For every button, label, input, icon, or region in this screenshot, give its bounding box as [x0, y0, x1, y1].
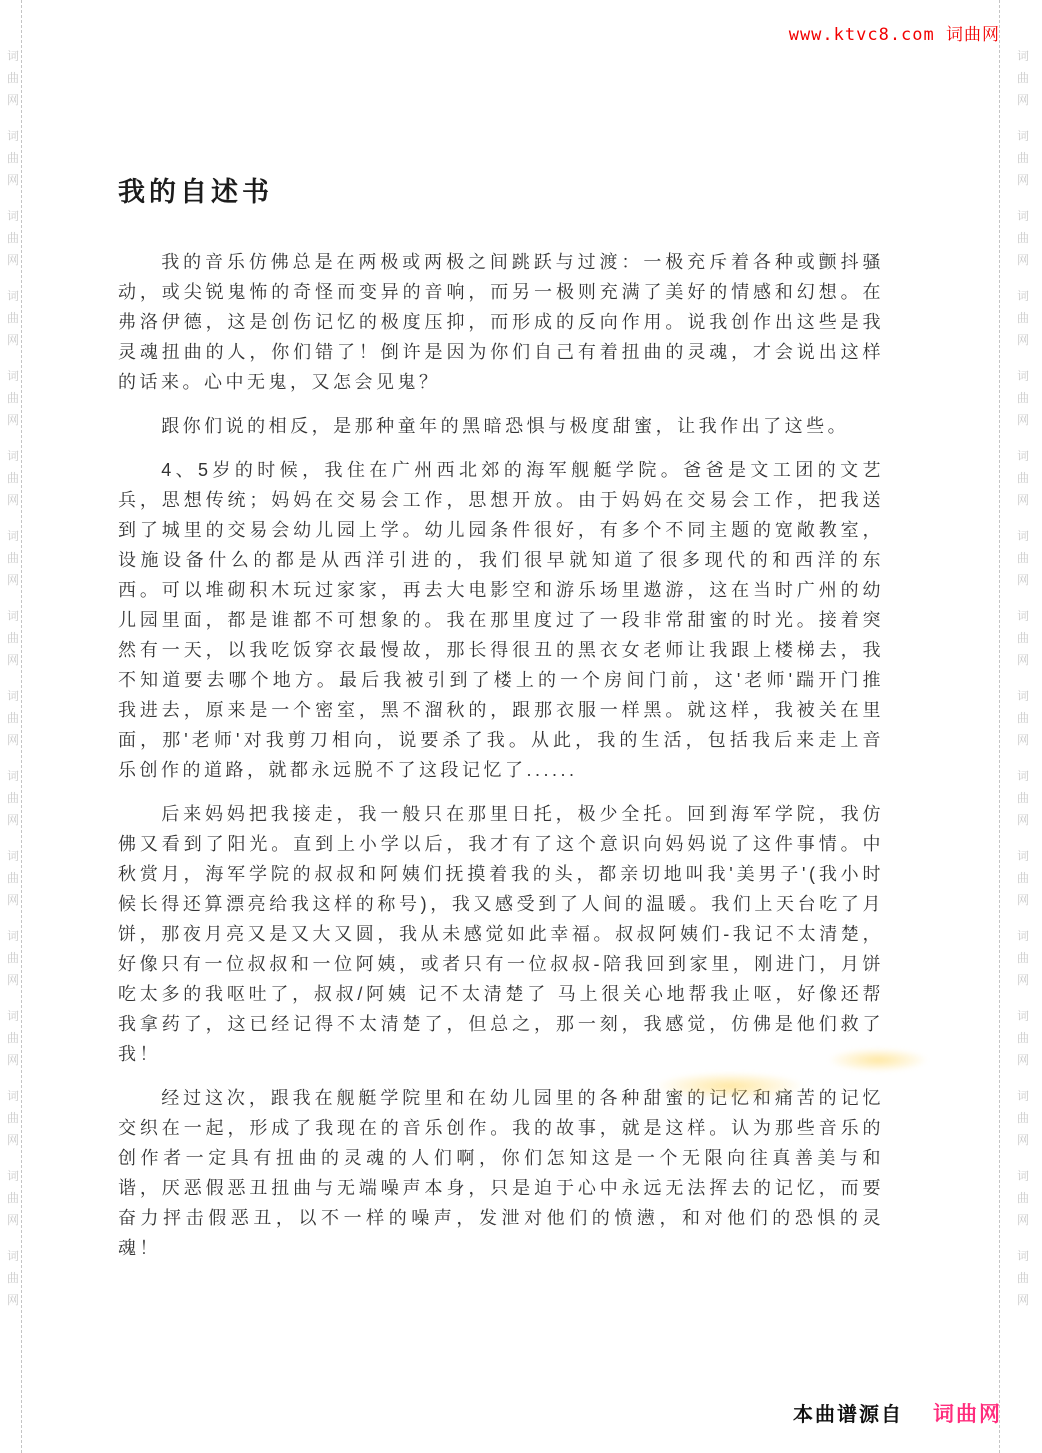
side-watermark-group: 词曲网	[4, 210, 22, 266]
paragraph: 后来妈妈把我接走，我一般只在那里日托，极少全托。回到海军学院，我仿佛又看到了阳光…	[118, 799, 884, 1069]
side-watermark-group: 词曲网	[4, 130, 22, 186]
side-watermark-group: 词曲网	[1014, 50, 1032, 106]
right-side-watermark-column: 词曲网词曲网词曲网词曲网词曲网词曲网词曲网词曲网词曲网词曲网词曲网词曲网词曲网词…	[1014, 50, 1032, 1453]
side-watermark-group: 词曲网	[4, 1090, 22, 1146]
paragraph: 经过这次，跟我在舰艇学院里和在幼儿园里的各种甜蜜的记忆和痛苦的记忆交织在一起，形…	[118, 1083, 884, 1263]
side-watermark-group: 词曲网	[1014, 370, 1032, 426]
side-watermark-group: 词曲网	[4, 850, 22, 906]
footer-source-line: 本曲谱源自 词曲网	[793, 1398, 1002, 1428]
side-watermark-group: 词曲网	[1014, 1010, 1032, 1066]
top-site-watermark: www.ktvc8.com 词曲网	[789, 20, 1000, 45]
left-side-watermark-column: 词曲网词曲网词曲网词曲网词曲网词曲网词曲网词曲网词曲网词曲网词曲网词曲网词曲网词…	[4, 50, 22, 1453]
side-watermark-group: 词曲网	[1014, 1090, 1032, 1146]
side-watermark-group: 词曲网	[4, 1010, 22, 1066]
side-watermark-group: 词曲网	[1014, 850, 1032, 906]
side-watermark-group: 词曲网	[1014, 690, 1032, 746]
side-watermark-group: 词曲网	[4, 290, 22, 346]
side-watermark-group: 词曲网	[4, 930, 22, 986]
side-watermark-group: 词曲网	[4, 370, 22, 426]
side-watermark-group: 词曲网	[1014, 1250, 1032, 1306]
document-body: 我的音乐仿佛总是在两极或两极之间跳跃与过渡：一极充斥着各种或颤抖骚动，或尖锐鬼怖…	[118, 247, 884, 1263]
side-watermark-group: 词曲网	[1014, 450, 1032, 506]
side-watermark-group: 词曲网	[1014, 930, 1032, 986]
side-watermark-group: 词曲网	[1014, 290, 1032, 346]
side-watermark-group: 词曲网	[1014, 770, 1032, 826]
side-watermark-group: 词曲网	[4, 1170, 22, 1226]
side-watermark-group: 词曲网	[1014, 1170, 1032, 1226]
side-watermark-group: 词曲网	[4, 530, 22, 586]
paragraph: 我的音乐仿佛总是在两极或两极之间跳跃与过渡：一极充斥着各种或颤抖骚动，或尖锐鬼怖…	[118, 247, 884, 397]
side-watermark-group: 词曲网	[1014, 530, 1032, 586]
document-page: 我的自述书 我的音乐仿佛总是在两极或两极之间跳跃与过渡：一极充斥着各种或颤抖骚动…	[118, 170, 884, 1277]
page-title: 我的自述书	[118, 170, 884, 209]
side-watermark-group: 词曲网	[4, 450, 22, 506]
side-watermark-group: 词曲网	[1014, 610, 1032, 666]
side-watermark-group: 词曲网	[4, 50, 22, 106]
footer-source-label: 本曲谱源自	[793, 1398, 903, 1427]
right-margin-dashed-line	[999, 0, 1000, 1453]
side-watermark-group: 词曲网	[4, 1250, 22, 1306]
side-watermark-group: 词曲网	[4, 610, 22, 666]
side-watermark-group: 词曲网	[1014, 130, 1032, 186]
paragraph: 跟你们说的相反，是那种童年的黑暗恐惧与极度甜蜜，让我作出了这些。	[118, 411, 884, 441]
side-watermark-group: 词曲网	[1014, 210, 1032, 266]
side-watermark-group: 词曲网	[4, 690, 22, 746]
side-watermark-group: 词曲网	[4, 770, 22, 826]
footer-site-name: 词曲网	[933, 1398, 1002, 1428]
paragraph: 4、5岁的时候，我住在广州西北郊的海军舰艇学院。爸爸是文工团的文艺兵，思想传统；…	[118, 455, 884, 785]
